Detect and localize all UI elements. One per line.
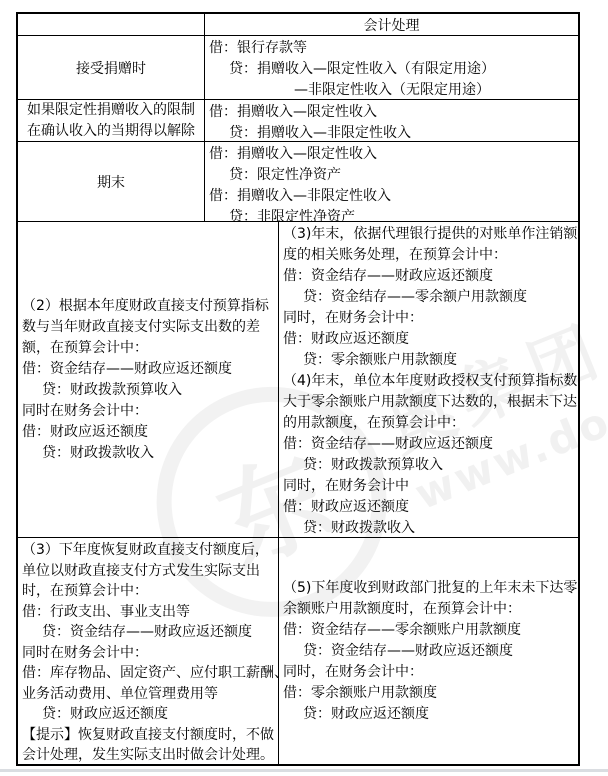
text-line: 贷：财政应返还额度 — [279, 704, 578, 725]
text-line: （2）根据本年度财政直接支付预算指标 — [18, 296, 278, 317]
text-line: 余额账户用款额度时，在预算会计中： — [279, 599, 578, 620]
row-label-cell: 接受捐赠时 — [18, 36, 205, 99]
text-line: 借：捐赠收入—限定性收入 — [205, 102, 578, 123]
text-line: 贷：资金结存——财政应返还额度 — [279, 641, 578, 662]
text-line: 会计处理，发生实际支出时做会计处理。 — [18, 745, 278, 764]
text-line: 借：资金结存——财政应返还额度 — [279, 266, 578, 287]
text-line: 借：资金结存——零余额账户用款额度 — [279, 620, 578, 641]
text-line: 额，在预算会计中： — [18, 338, 278, 359]
text-line: 借：财政应返还额度 — [279, 329, 578, 350]
text-line: 同时，在财务会计中 — [279, 476, 578, 497]
text-line: 贷：财政拨款预算收入 — [18, 380, 278, 401]
text-line: 同时在财务会计中： — [18, 643, 278, 664]
text-line: 贷：财政应返还额度 — [18, 704, 278, 725]
text-line: 单位以财政直接支付方式发生实际支出 — [18, 561, 278, 582]
text-line: 贷：财政拨款收入 — [18, 443, 278, 464]
text-line: 同时在财务会计中： — [18, 401, 278, 422]
text-line: 借：行政支出、事业支出等 — [18, 602, 278, 623]
text-line: 贷：财政拨款收入 — [279, 518, 578, 537]
text-line: （3）下年度恢复财政直接支付额度后， — [18, 540, 278, 561]
text-line: 借：库存物品、固定资产、应付职工薪酬、 — [18, 663, 278, 684]
next-year-right-cell: （5)下年度收到财政部门批复的上年末未下达零余额账户用款额度时，在预算会计中：借… — [279, 538, 578, 764]
text-line: （5)下年度收到财政部门批复的上年末未下达零 — [279, 578, 578, 599]
text-line: 的用款额度，在预算会计中： — [279, 413, 578, 434]
header-empty-cell — [18, 14, 205, 35]
text-line: 度的相关账务处理，在预算会计中： — [279, 245, 578, 266]
row-entries-cell: 借：捐赠收入—限定性收入贷：捐赠收入—非限定性收入 — [205, 100, 578, 141]
header-title-cell: 会计处理 — [205, 14, 578, 35]
text-line: 借：资金结存——财政应返还额度 — [18, 359, 278, 380]
text-line: （4)年末，单位本年度财政授权支付预算指标数 — [279, 371, 578, 392]
text-line: 贷：捐赠收入—限定性收入（有限定用途） — [205, 59, 578, 80]
row-entries-cell: 借：捐赠收入—限定性收入贷：限定性净资产借：捐赠收入—非限定性收入贷：非限定性净… — [205, 142, 578, 221]
text-line: 借：银行存款等 — [205, 38, 578, 59]
table-row-fiscal-direct-payment: （2）根据本年度财政直接支付预算指标数与当年财政直接支付实际支出数的差额，在预算… — [18, 221, 578, 537]
table-row-period-end: 期末 借：捐赠收入—限定性收入贷：限定性净资产借：捐赠收入—非限定性收入贷：非限… — [18, 141, 578, 221]
accounting-treatment-table: 会计处理 接受捐赠时 借：银行存款等贷：捐赠收入—限定性收入（有限定用途）—非限… — [16, 12, 580, 766]
text-line: 贷：捐赠收入—非限定性收入 — [205, 123, 578, 141]
row-label: 接受捐赠时 — [76, 58, 146, 78]
text-line: 如果限定性捐赠收入的限制 — [27, 100, 195, 121]
table-title: 会计处理 — [364, 15, 420, 35]
text-line: 借：零余额账户用款额度 — [279, 683, 578, 704]
row-label: 期末 — [97, 172, 125, 192]
fiscal-direct-payment-left-cell: （2）根据本年度财政直接支付预算指标数与当年财政直接支付实际支出数的差额，在预算… — [18, 222, 279, 537]
text-line: 贷：财政拨款预算收入 — [279, 455, 578, 476]
text-line: 借：捐赠收入—限定性收入 — [205, 144, 578, 165]
text-line: 贷：资金结存——零余额户用款额度 — [279, 287, 578, 308]
row-label-cell: 如果限定性捐赠收入的限制在确认收入的当期得以解除 — [18, 100, 205, 141]
text-line: 同时，在财务会计中： — [279, 308, 578, 329]
text-line: 在确认收入的当期得以解除 — [27, 121, 195, 142]
text-line: 同时，在财务会计中： — [279, 662, 578, 683]
text-line: 贷：零余额账户用款额度 — [279, 350, 578, 371]
page-bottom-divider — [0, 769, 608, 772]
next-year-left-cell: （3）下年度恢复财政直接支付额度后，单位以财政直接支付方式发生实际支出时，在预算… — [18, 538, 279, 764]
text-line: 借：资金结存——财政应返还额度 — [279, 434, 578, 455]
text-line: —非限定性收入（无限定用途） — [205, 80, 578, 99]
text-line: 【提示】恢复财政直接支付额度时，不做 — [18, 725, 278, 746]
text-line: 借：财政应返还额度 — [279, 497, 578, 518]
text-line: 数与当年财政直接支付实际支出数的差 — [18, 317, 278, 338]
row-label-cell: 期末 — [18, 142, 205, 221]
table-row-donation-receive: 接受捐赠时 借：银行存款等贷：捐赠收入—限定性收入（有限定用途）—非限定性收入（… — [18, 35, 578, 99]
text-line: 业务活动费用、单位管理费用等 — [18, 684, 278, 705]
text-line: 借：捐赠收入—非限定性收入 — [205, 186, 578, 207]
row-entries-cell: 借：银行存款等贷：捐赠收入—限定性收入（有限定用途）—非限定性收入（无限定用途） — [205, 36, 578, 99]
fiscal-direct-payment-right-cell: （3)年末，依据代理银行提供的对账单作注销额度的相关账务处理，在预算会计中：借：… — [279, 222, 578, 537]
table-row-restriction-release: 如果限定性捐赠收入的限制在确认收入的当期得以解除 借：捐赠收入—限定性收入贷：捐… — [18, 99, 578, 141]
text-line: 贷：资金结存——财政应返还额度 — [18, 622, 278, 643]
text-line: 时，在预算会计中： — [18, 581, 278, 602]
text-line: 贷：非限定性净资产 — [205, 207, 578, 221]
text-line: 贷：限定性净资产 — [205, 165, 578, 186]
text-line: 大于零余额账户用款额度下达数的，根据未下达 — [279, 392, 578, 413]
text-line: 借：财政应返还额度 — [18, 422, 278, 443]
table-header-row: 会计处理 — [18, 14, 578, 35]
text-line: （3)年末，依据代理银行提供的对账单作注销额 — [279, 224, 578, 245]
table-row-next-year-recovery: （3）下年度恢复财政直接支付额度后，单位以财政直接支付方式发生实际支出时，在预算… — [18, 537, 578, 764]
